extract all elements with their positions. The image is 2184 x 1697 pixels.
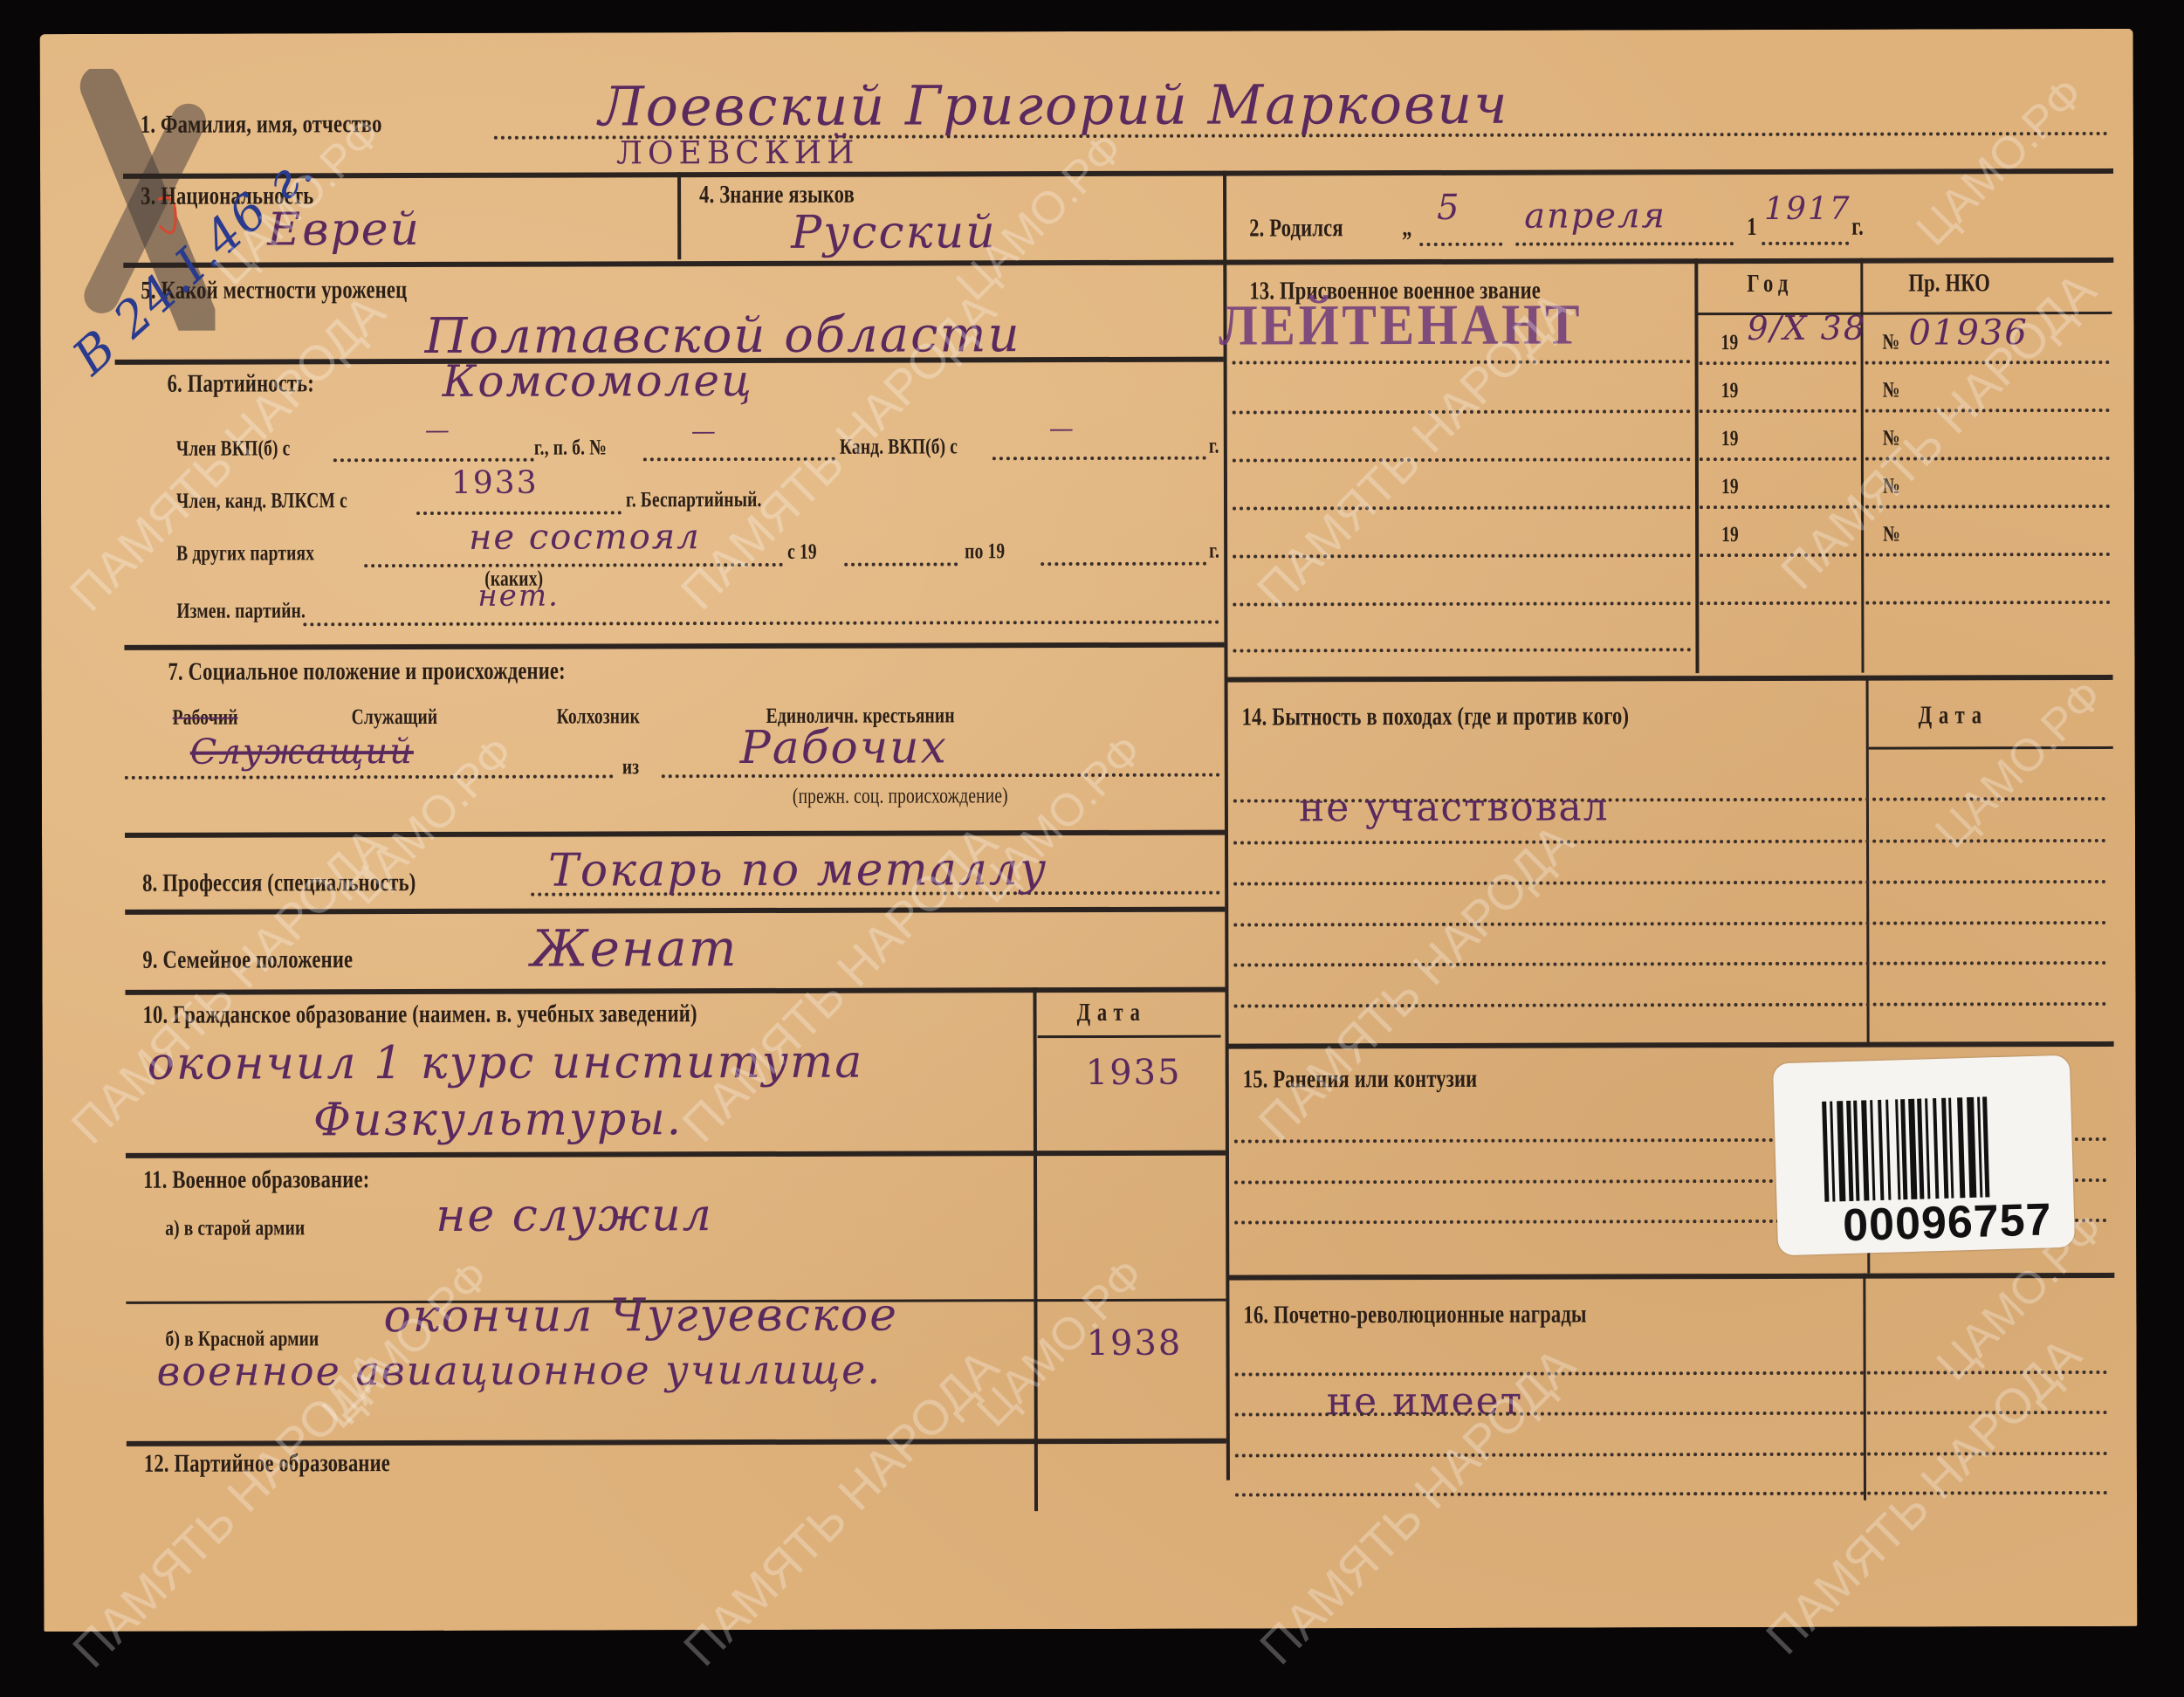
- rank-row: 19 №: [40, 29, 2133, 34]
- field-2-year-suffix: г.: [1851, 213, 1864, 242]
- field-9-value[interactable]: Женат: [531, 918, 738, 979]
- line: [1235, 1452, 2108, 1458]
- watermark-tsamo: ЦАМО.РФ: [1906, 67, 2094, 256]
- field-13-line: [1233, 409, 1691, 414]
- vkp-member-suffix: г., п. б. №: [534, 436, 607, 460]
- watermark-tsamo: ЦАМО.РФ: [312, 1250, 499, 1439]
- divider: [1869, 746, 2113, 750]
- line: [1700, 505, 1857, 509]
- field-14-label: 14. Бытность в походах (где и против ког…: [1242, 702, 1630, 732]
- line: [992, 457, 1206, 461]
- field-1-value[interactable]: Лоевский Григорий Маркович: [599, 72, 1509, 139]
- line: [1233, 921, 2106, 927]
- vlksm-label: Член, канд. ВЛКСМ с: [176, 489, 347, 514]
- rank-row-order-no[interactable]: 01936: [1908, 313, 2028, 353]
- divider: [123, 258, 2113, 268]
- field-13-line: [1233, 648, 1691, 652]
- line: [1700, 601, 1857, 605]
- rank-row-no-prefix: №: [1883, 331, 1900, 355]
- field-10-value-line-2[interactable]: Физкультуры.: [313, 1093, 683, 1146]
- record-card: 1. Фамилия, имя, отчество Лоевский Григо…: [40, 29, 2138, 1632]
- line: [1233, 880, 2106, 886]
- field-11-red-army-line-1[interactable]: окончил Чугуевское: [383, 1289, 898, 1343]
- line: [416, 511, 622, 515]
- rank-row-year-prefix: 19: [1721, 475, 1739, 499]
- vkp-cand-suffix: г.: [1209, 435, 1219, 459]
- field-2-year[interactable]: 1917: [1764, 191, 1851, 227]
- line: [1700, 457, 1857, 461]
- field-10-label: 10. Гражданское образование (наимен. в. …: [143, 1000, 697, 1030]
- barcode-icon: [1822, 1096, 2034, 1202]
- field-7-origin-value[interactable]: Рабочих: [740, 721, 948, 774]
- changes-value[interactable]: нет.: [477, 579, 560, 614]
- divider: [125, 987, 1225, 995]
- line: [303, 621, 1219, 627]
- rank-row-year-prefix: 19: [1721, 331, 1739, 355]
- field-7-origin-sub: (прежн. соц. происхождение): [793, 784, 1008, 809]
- field-1-label: 1. Фамилия, имя, отчество: [141, 110, 382, 140]
- rank-row: 19 №: [40, 29, 2133, 34]
- vkp-cand-label: Канд. ВКП(б) с: [840, 435, 958, 459]
- field-11-old-army-label: а) в старой армии: [165, 1216, 305, 1240]
- field-2-month[interactable]: апреля: [1524, 196, 1666, 236]
- field-14-value[interactable]: не участвовал: [1299, 785, 1610, 830]
- line: [1040, 562, 1206, 566]
- field-13-line: [1233, 553, 1691, 558]
- field-13-line: [1233, 505, 1691, 510]
- divider: [1038, 1035, 1221, 1039]
- divider: [1228, 1273, 2114, 1281]
- vlksm-value[interactable]: 1933: [451, 465, 539, 501]
- field-2-month-line: [1515, 242, 1734, 246]
- watermark-pamyat: ПАМЯТЬ НАРОДА: [1760, 1332, 2086, 1660]
- divider: [1863, 1274, 1866, 1501]
- field-7-option-worker[interactable]: Рабочий: [173, 706, 238, 731]
- field-2-year-line: [1762, 242, 1849, 245]
- rank-row: 19 9/X 38 № 01936: [40, 29, 2133, 34]
- rank-row-no-prefix: №: [1883, 475, 1900, 499]
- line: [1865, 601, 2110, 605]
- field-11-label: 11. Военное образование:: [143, 1165, 369, 1195]
- field-13-order-header: Пр. НКО: [1908, 269, 1990, 298]
- line: [1700, 361, 1857, 365]
- watermark-tsamo: ЦАМО.РФ: [1926, 670, 2113, 858]
- line: [1233, 961, 2106, 967]
- field-7-value[interactable]: Служащий: [190, 732, 414, 773]
- field-2-day[interactable]: 5: [1437, 188, 1461, 228]
- divider: [127, 1439, 1226, 1446]
- line: [1700, 409, 1857, 413]
- rank-row-year-prefix: 19: [1721, 523, 1739, 547]
- field-11-red-army-line-2[interactable]: военное авиационное училище.: [157, 1346, 883, 1395]
- divider: [677, 172, 681, 259]
- line: [1865, 409, 2110, 413]
- field-11-date[interactable]: 1938: [1086, 1323, 1182, 1364]
- line: [1233, 839, 2106, 845]
- field-7-option-employee[interactable]: Служащий: [352, 705, 438, 730]
- field-7-option-kolkhoznik[interactable]: Колхозник: [557, 704, 640, 729]
- field-4-label: 4. Знание языков: [699, 181, 855, 210]
- rank-row-no-prefix: №: [1883, 523, 1900, 547]
- field-6-value[interactable]: Комсомолец: [443, 355, 753, 407]
- line: [1865, 457, 2110, 461]
- archive-barcode-number: 00096757: [1842, 1193, 2052, 1252]
- field-10-value-line-1[interactable]: окончил 1 курс института: [148, 1036, 864, 1090]
- other-parties-from: с 19: [787, 540, 817, 565]
- line: [125, 774, 614, 779]
- divider: [125, 907, 1225, 915]
- watermark-pamyat: ПАМЯТЬ НАРОДА: [1253, 818, 1579, 1146]
- line: [844, 562, 958, 566]
- rank-row: 19 №: [40, 29, 2133, 34]
- field-16-label: 16. Почетно-революционные награды: [1243, 1301, 1586, 1330]
- archive-barcode-label: 00096757: [1773, 1055, 2075, 1256]
- line: [643, 457, 835, 462]
- field-15-label: 15. Ранения или контузии: [1243, 1065, 1478, 1095]
- line: [1235, 1491, 2108, 1497]
- other-parties-to: по 19: [965, 539, 1005, 564]
- divider: [126, 1151, 1226, 1158]
- field-10-date-header: Дата: [1077, 999, 1147, 1027]
- field-16-value[interactable]: не имеет: [1327, 1379, 1523, 1425]
- other-parties-label: В других партиях: [176, 541, 314, 566]
- other-parties-suffix: г.: [1209, 539, 1219, 564]
- field-8-label: 8. Профессия (специальность): [142, 869, 416, 898]
- field-9-label: 9. Семейное положение: [142, 945, 353, 975]
- other-parties-value[interactable]: не состоял: [469, 517, 701, 558]
- rank-row: 19 №: [40, 29, 2133, 34]
- field-10-date[interactable]: 1935: [1086, 1053, 1182, 1093]
- field-13-line: [1233, 457, 1691, 462]
- divider: [123, 168, 2113, 179]
- field-7-label: 7. Социальное положение и происхождение:: [168, 657, 565, 687]
- field-6-label: 6. Партийность:: [168, 369, 314, 398]
- field-2-label: 2. Родился: [1249, 214, 1343, 243]
- field-13-line: [1233, 360, 1691, 364]
- line: [1700, 553, 1857, 557]
- field-8-value[interactable]: Токарь по металлу: [548, 843, 1047, 897]
- divider: [1866, 680, 1870, 1047]
- field-7-from-label: из: [622, 755, 639, 780]
- line: [1235, 1371, 2108, 1377]
- line: [1865, 505, 2110, 509]
- vlksm-suffix: г. Беспартийный.: [626, 488, 762, 512]
- changes-label: Измен. партийн.: [176, 599, 306, 623]
- divider: [124, 642, 1224, 650]
- divider: [1694, 258, 1699, 673]
- field-11-old-army-value[interactable]: не служил: [436, 1189, 713, 1242]
- divider: [125, 830, 1225, 838]
- field-2-year-prefix: 1: [1747, 213, 1757, 242]
- field-4-value[interactable]: Русский: [791, 206, 997, 259]
- rank-row-year-prefix: 19: [1721, 379, 1739, 403]
- rank-row-year-prefix: 19: [1721, 427, 1739, 451]
- field-13-line: [1233, 601, 1691, 606]
- field-13-year-header: Год: [1747, 270, 1793, 299]
- line: [364, 563, 783, 567]
- main-column-divider: [1223, 171, 1230, 1481]
- field-14-date-header: Дата: [1919, 701, 1988, 730]
- line: [333, 458, 534, 463]
- line: [1234, 1002, 2107, 1008]
- vkp-cand-value[interactable]: —: [1049, 414, 1075, 443]
- vkp-member-label: Член ВКП(б) с: [176, 436, 291, 461]
- divider: [1228, 1041, 2114, 1049]
- date-column-divider: [1033, 987, 1038, 1511]
- line: [1865, 553, 2110, 557]
- field-2-quote: „: [1402, 214, 1412, 243]
- divider: [1227, 675, 2113, 683]
- rank-stamp: ЛЕЙТЕНАНТ: [1219, 292, 1583, 360]
- vkp-pb-value[interactable]: —: [691, 416, 718, 445]
- field-2-day-line: [1419, 243, 1502, 246]
- line: [1865, 361, 2110, 365]
- rank-row-no-prefix: №: [1883, 379, 1900, 403]
- rank-row-year[interactable]: 9/X 38: [1747, 309, 1866, 347]
- field-1-annotation: ЛОЕВСКИЙ: [616, 135, 860, 172]
- rank-row-no-prefix: №: [1883, 427, 1900, 451]
- vkp-member-value[interactable]: —: [425, 416, 451, 444]
- field-12-label: 12. Партийное образование: [144, 1449, 390, 1479]
